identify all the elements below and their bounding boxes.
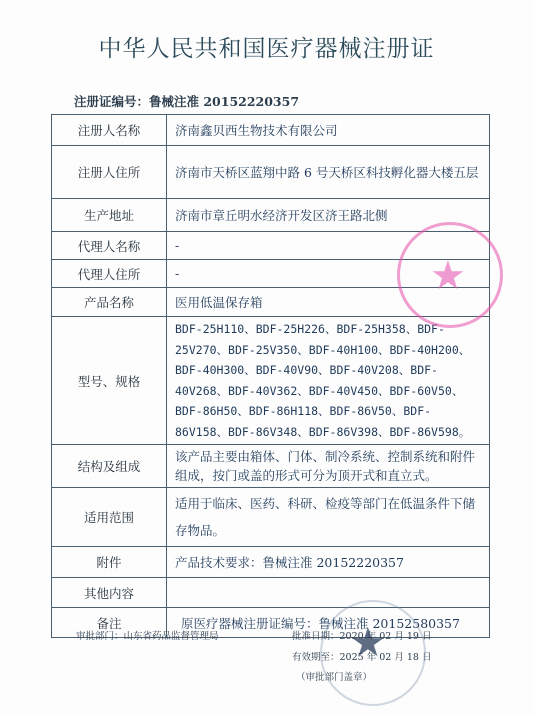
approval-seal: ★ [320,600,426,706]
row-value: 济南市天桥区蓝翔中路 6 号天桥区科技孵化器大楼五层 [167,146,490,199]
row-label: 型号、规格 [52,317,167,445]
registration-table: 注册人名称 济南鑫贝西生物技术有限公司 注册人住所 济南市天桥区蓝翔中路 6 号… [51,114,490,638]
table-row: 型号、规格 BDF-25H110、BDF-25H226、BDF-25H358、B… [52,317,490,445]
row-label: 附件 [52,547,167,578]
document-title: 中华人民共和国医疗器械注册证 [0,30,533,63]
company-seal: ★ [397,222,503,328]
approval-department: 审批部门：山东省药品监督管理局 [76,628,219,642]
table-row: 注册人名称 济南鑫贝西生物技术有限公司 [52,115,490,146]
table-row: 其他内容 [52,578,490,608]
row-label: 代理人住所 [52,260,167,288]
row-label: 产品名称 [52,288,167,317]
row-value: 该产品主要由箱体、门体、制冷系统、控制系统和附件组成，按门或盖的形式可分为顶开式… [167,445,490,488]
table-row: 结构及组成 该产品主要由箱体、门体、制冷系统、控制系统和附件组成，按门或盖的形式… [52,445,490,488]
table-row: 注册人住所 济南市天桥区蓝翔中路 6 号天桥区科技孵化器大楼五层 [52,146,490,199]
table-row: 生产地址 济南市章丘明水经济开发区济王路北侧 [52,199,490,232]
row-label: 结构及组成 [52,445,167,488]
row-value: BDF-25H110、BDF-25H226、BDF-25H358、BDF-25V… [167,317,490,445]
row-value: 济南鑫贝西生物技术有限公司 [167,115,490,146]
row-label: 注册人名称 [52,115,167,146]
star-icon: ★ [430,253,466,299]
star-icon: ★ [350,620,386,666]
table-row: 附件 产品技术要求：鲁械注准 20152220357 [52,547,490,578]
table-row: 适用范围 适用于临床、医药、科研、检疫等部门在低温条件下储存物品。 [52,488,490,547]
row-label: 其他内容 [52,578,167,608]
row-label: 生产地址 [52,199,167,232]
row-label: 适用范围 [52,488,167,547]
row-label: 代理人名称 [52,232,167,260]
row-label: 注册人住所 [52,146,167,199]
row-value: 产品技术要求：鲁械注准 20152220357 [167,547,490,578]
row-value: 适用于临床、医药、科研、检疫等部门在低温条件下储存物品。 [167,488,490,547]
registration-number: 注册证编号：鲁械注准 20152220357 [74,92,299,110]
row-value [167,578,490,608]
